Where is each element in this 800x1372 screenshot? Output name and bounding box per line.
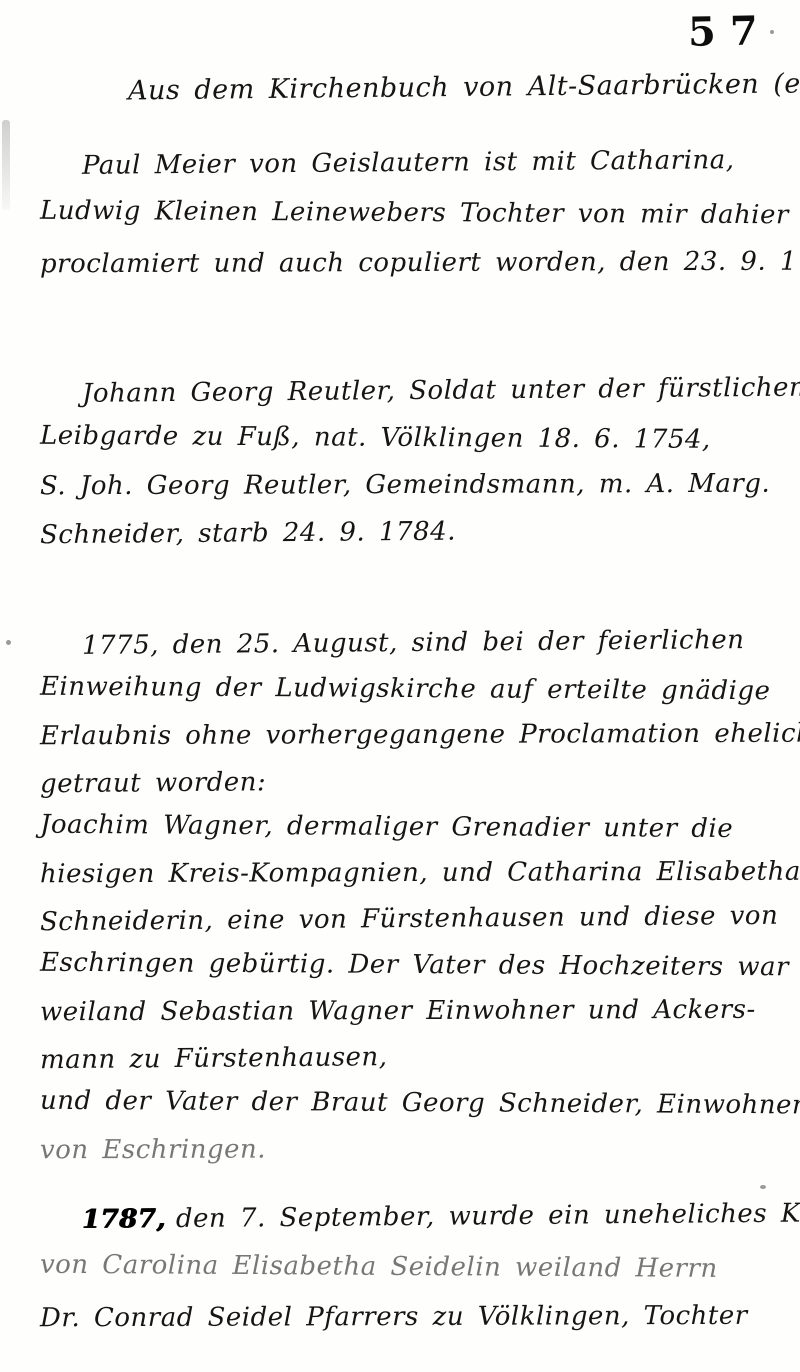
text-line: Johann Georg Reutler, Soldat unter der f… <box>40 365 780 418</box>
text-line: Dr. Conrad Seidel Pfarrers zu Völklingen… <box>40 1291 780 1344</box>
text-line: Ludwig Kleinen Leinewebers Tochter von m… <box>40 186 780 241</box>
text-line: hiesigen Kreis-Kompagnien, und Catharina… <box>40 849 780 898</box>
scan-smudge <box>2 120 10 210</box>
scan-speck <box>770 30 774 34</box>
scan-speck <box>760 1185 766 1189</box>
text-line: Paul Meier von Geislautern ist mit Catha… <box>40 135 780 191</box>
page-number: 57 <box>688 7 772 55</box>
page-title: Aus dem Kirchenbuch von Alt-Saarbrücken … <box>128 69 788 107</box>
text-line: Einweihung der Ludwigskirche auf erteilt… <box>40 664 780 715</box>
text-line: Leibgarde zu Fuß, nat. Völklingen 18. 6.… <box>40 413 780 465</box>
text-line: Schneiderin, eine von Fürstenhausen und … <box>40 893 780 945</box>
entry-marriage-1794: Paul Meier von Geislautern ist mit Catha… <box>40 138 780 288</box>
text-line: 1775, den 25. August, sind bei der feier… <box>40 617 780 669</box>
text-line: S. Joh. Georg Reutler, Gemeindsmann, m. … <box>40 461 780 511</box>
text-line: proclamiert und auch copuliert worden, d… <box>40 237 780 290</box>
text-line: Eschringen gebürtig. Der Vater des Hochz… <box>40 940 780 991</box>
text-line: von Eschringen. <box>40 1125 780 1174</box>
text-line: Schneider, starb 24. 9. 1784. <box>40 506 780 559</box>
text-line: mann zu Fürstenhausen, <box>40 1031 780 1083</box>
text-line: Erlaubnis ohne vorhergegangene Proclamat… <box>40 711 780 760</box>
scan-speck <box>6 640 11 645</box>
entry-soldier-1754: Johann Georg Reutler, Soldat unter der f… <box>40 368 780 556</box>
text-line: von Carolina Elisabetha Seidelin weiland… <box>40 1240 780 1295</box>
text-line: weiland Sebastian Wagner Einwohner und A… <box>40 987 780 1036</box>
scanned-kirchenbuch-page: 57 Aus dem Kirchenbuch von Alt-Saarbrück… <box>0 0 800 1372</box>
text-line: und der Vater der Braut Georg Schneider,… <box>40 1078 780 1129</box>
text-line-rest: den 7. September, wurde ein uneheliches … <box>176 1198 800 1234</box>
entry-wedding-1775: 1775, den 25. August, sind bei der feier… <box>40 620 780 1172</box>
text-line: getraut worden: <box>40 755 780 807</box>
text-line: Joachim Wagner, dermaliger Grenadier unt… <box>40 802 780 853</box>
year-overwritten: 1787, <box>82 1204 166 1235</box>
entry-baptism-1787: 1787,den 7. September, wurde ein uneheli… <box>40 1192 780 1342</box>
text-line: 1787,den 7. September, wurde ein uneheli… <box>40 1189 780 1245</box>
